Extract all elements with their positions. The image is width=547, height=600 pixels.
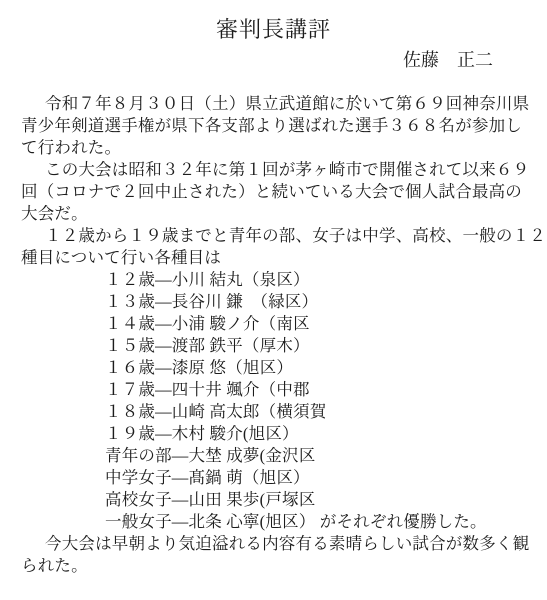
text-line: 青少年剣道選手権が県下各支部より選ばれた選手３６８名が参加し [21,115,529,137]
text-line: １４歳―小浦 駿ノ介（南区 [21,313,529,335]
document-page: 審判長講評 佐藤 正二 令和７年８月３０日（土）県立武道館に於いて第６９回神奈川… [0,0,547,600]
text-line: 青年の部―大埜 成夢(金沢区 [21,445,529,467]
text-line: １２歳から１９歳までと青年の部、女子は中学、高校、一般の１２ [21,225,529,247]
text-line: １２歳―小川 結丸（泉区） [21,269,529,291]
text-line: 一般女子―北条 心寧(旭区） がそれぞれ優勝した。 [21,511,529,533]
text-line: １８歳―山崎 高太郎（横須賀 [21,401,529,423]
text-line: 種目について行い各種目は [21,247,529,269]
document-body: 令和７年８月３０日（土）県立武道館に於いて第６９回神奈川県青少年剣道選手権が県下… [0,93,547,577]
text-line: 大会だ。 [21,203,529,225]
text-line: て行われた。 [21,137,529,159]
text-line: １６歳―漆原 悠（旭区） [21,357,529,379]
text-line: １３歳―長谷川 鎌 （緑区） [21,291,529,313]
text-line: １９歳―木村 駿介(旭区） [21,423,529,445]
text-line: 今大会は早朝より気迫溢れる内容有る素晴らしい試合が数多く観 [21,533,529,555]
text-line: 中学女子―髙鍋 萌（旭区） [21,467,529,489]
text-line: 回（コロナで２回中止された）と続いている大会で個人試合最高の [21,181,529,203]
text-line: １７歳―四十井 颯介（中郡 [21,379,529,401]
text-line: られた。 [21,555,529,577]
document-title: 審判長講評 [0,0,547,45]
text-line: 令和７年８月３０日（土）県立武道館に於いて第６９回神奈川県 [21,93,529,115]
author-name: 佐藤 正二 [0,47,547,73]
text-line: 高校女子―山田 果歩(戸塚区 [21,489,529,511]
text-line: この大会は昭和３２年に第１回が茅ヶ崎市で開催されて以来６９ [21,159,529,181]
text-line: １５歳―渡部 鉄平（厚木） [21,335,529,357]
